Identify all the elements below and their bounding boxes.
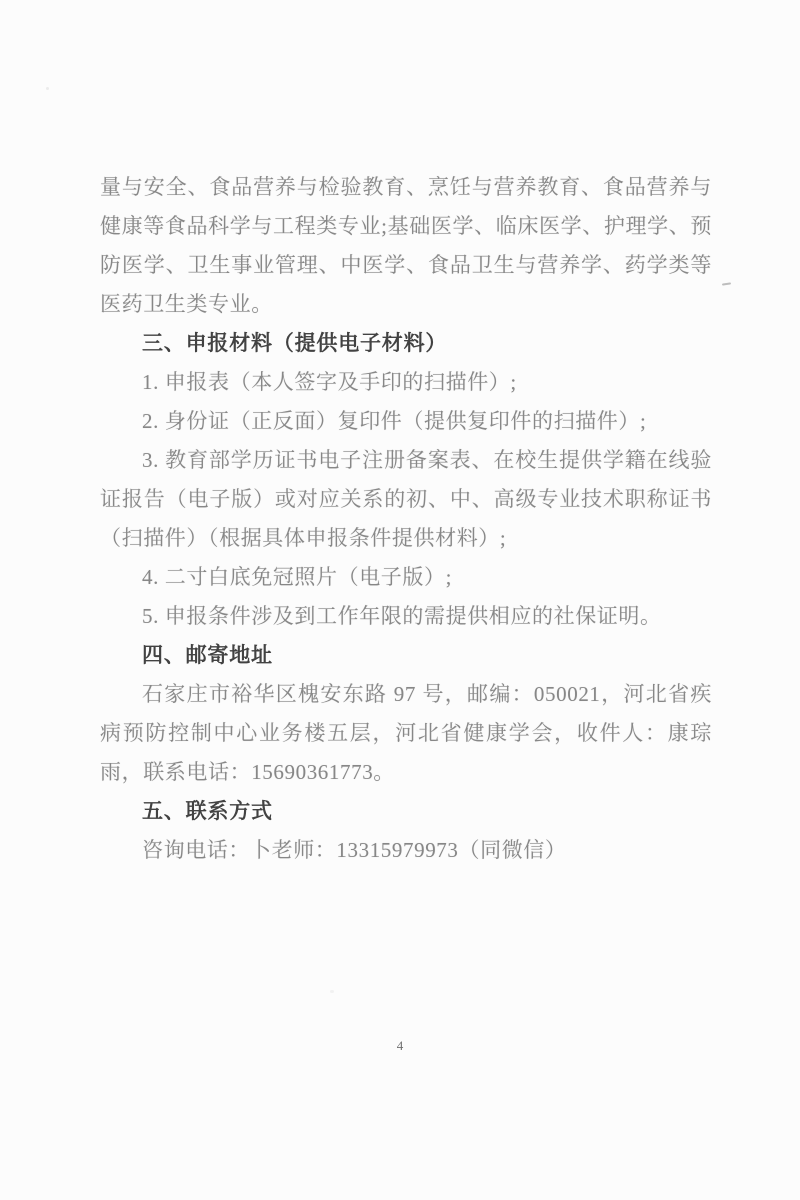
scan-artifact-speck	[46, 87, 49, 90]
materials-item-2: 2. 身份证（正反面）复印件（提供复印件的扫描件）;	[100, 402, 712, 441]
section-heading-contact: 五、联系方式	[100, 792, 712, 831]
section-heading-materials: 三、申报材料（提供电子材料）	[100, 324, 712, 363]
document-content: 量与安全、食品营养与检验教育、烹饪与营养教育、食品营养与健康等食品科学与工程类专…	[100, 168, 712, 870]
materials-item-1: 1. 申报表（本人签字及手印的扫描件）;	[100, 363, 712, 402]
materials-item-4: 4. 二寸白底免冠照片（电子版）;	[100, 558, 712, 597]
scan-artifact-speck	[330, 990, 334, 993]
scanned-document-page: 量与安全、食品营养与检验教育、烹饪与营养教育、食品营养与健康等食品科学与工程类专…	[0, 0, 800, 1200]
materials-item-5: 5. 申报条件涉及到工作年限的需提供相应的社保证明。	[100, 597, 712, 636]
contact-paragraph: 咨询电话：卜老师：13315979973（同微信）	[100, 831, 712, 870]
page-number: 4	[0, 1038, 800, 1054]
scan-artifact-dash	[722, 282, 731, 285]
section-heading-mailing-address: 四、邮寄地址	[100, 636, 712, 675]
mailing-address-paragraph: 石家庄市裕华区槐安东路 97 号，邮编：050021，河北省疾病预防控制中心业务…	[100, 675, 712, 792]
continuation-paragraph: 量与安全、食品营养与检验教育、烹饪与营养教育、食品营养与健康等食品科学与工程类专…	[100, 168, 712, 324]
materials-item-3: 3. 教育部学历证书电子注册备案表、在校生提供学籍在线验证报告（电子版）或对应关…	[100, 441, 712, 558]
